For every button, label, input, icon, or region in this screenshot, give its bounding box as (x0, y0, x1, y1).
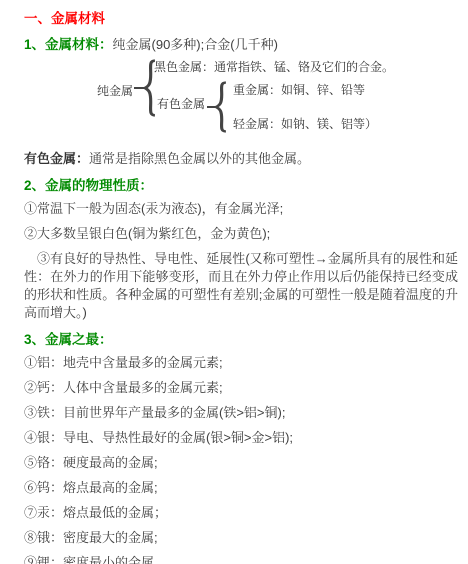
nonferrous-note-text: 通常是指除黑色金属以外的其他金属。 (89, 151, 310, 166)
metal-record-item: ⑧锇：密度最大的金属; (24, 529, 458, 547)
physical-property-item: ②大多数呈银白色(铜为紫红色，金为黄色); (24, 225, 458, 243)
physical-property-item: ①常温下一般为固态(汞为液态)，有金属光泽; (24, 200, 458, 218)
document-page: 一、金属材料 1、金属材料：纯金属(90多种);合金(几千种) 纯金属 黑色金属… (0, 0, 468, 564)
metal-record-item: ⑦汞：熔点最低的金属； (24, 504, 458, 522)
diagram-heavy-metal-label: 重金属：如铜、锌、铅等 (233, 84, 365, 97)
physical-property-item: ③有良好的导热性、导电性、延展性(又称可塑性→金属所具有的展性和延性：在外力的作… (24, 250, 458, 322)
section1-heading: 1、金属材料：纯金属(90多种);合金(几千种) (24, 37, 458, 52)
metal-record-item: ⑥钨：熔点最高的金属; (24, 479, 458, 497)
section3-heading: 3、金属之最： (24, 332, 458, 347)
section1-heading-label: 1、金属材料： (24, 37, 113, 52)
metal-record-item: ①铝：地壳中含量最多的金属元素; (24, 354, 458, 372)
doc-title: 一、金属材料 (24, 11, 458, 26)
nonferrous-note: 有色金属：通常是指除黑色金属以外的其他金属。 (24, 150, 458, 168)
diagram-root-label: 纯金属 (97, 85, 133, 98)
metal-record-item: ⑤铬：硬度最高的金属; (24, 454, 458, 472)
diagram-light-metal-label: 轻金属：如钠、镁、铝等） (233, 118, 377, 131)
nonferrous-note-term: 有色金属： (24, 151, 89, 166)
metal-record-item: ②钙：人体中含量最多的金属元素; (24, 379, 458, 397)
metal-record-item: ④银：导电、导热性最好的金属(银>铜>金>铝); (24, 429, 458, 447)
metal-classification-diagram: 纯金属 黑色金属：通常指铁、锰、铬及它们的合金。 有色金属 重金属：如铜、锌、铅… (24, 57, 458, 137)
metal-record-item: ③铁：目前世界年产量最多的金属(铁>铝>铜); (24, 404, 458, 422)
diagram-black-metal-label: 黑色金属：通常指铁、锰、铬及它们的合金。 (154, 61, 394, 74)
section2-heading: 2、金属的物理性质： (24, 178, 458, 193)
diagram-brace-icon (214, 81, 228, 133)
section1-text: 纯金属(90多种);合金(几千种) (113, 37, 278, 52)
metal-record-item: ⑨锂：密度最小的金属。 (24, 554, 458, 564)
diagram-nonferrous-label: 有色金属 (157, 98, 205, 111)
